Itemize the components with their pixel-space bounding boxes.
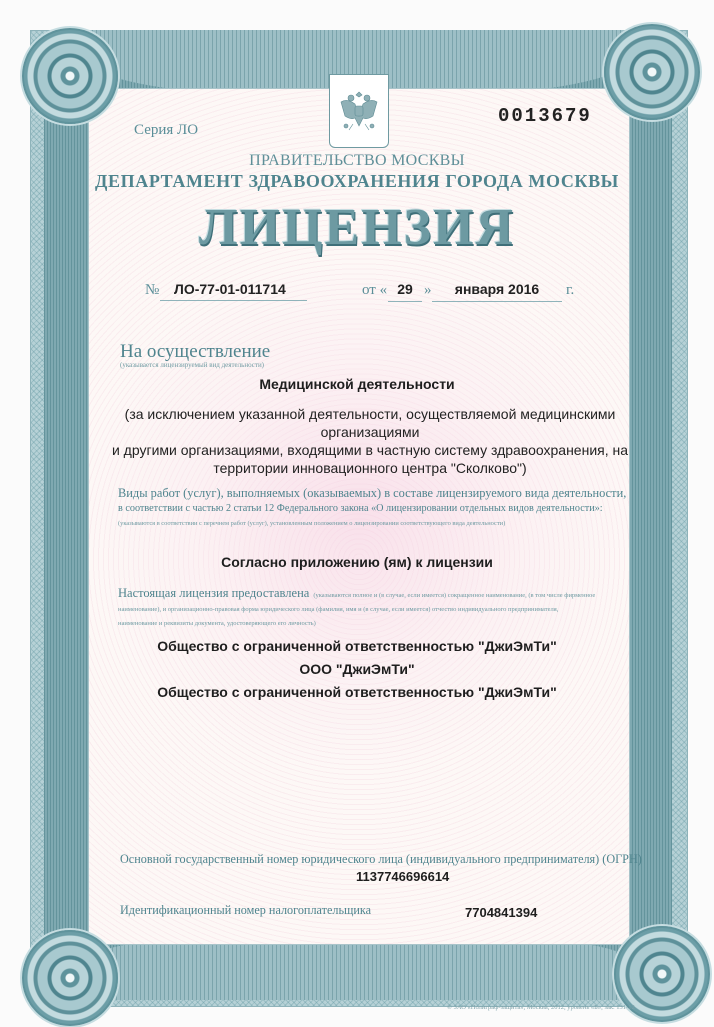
coat-of-arms-emblem xyxy=(329,74,389,148)
activity-name: Медицинской деятельности xyxy=(0,376,714,392)
licensee-hint-1: (указываются полное и (в случае, если им… xyxy=(313,592,595,599)
date-close-quote: » xyxy=(424,282,432,299)
licensee-brand-name: Общество с ограниченной ответственностью… xyxy=(0,684,714,700)
rosette-icon xyxy=(22,28,118,124)
year-suffix: г. xyxy=(566,282,574,299)
licensee-full-name: Общество с ограниченной ответственностью… xyxy=(0,638,714,654)
number-sign: № xyxy=(145,282,159,299)
exclusion-line: и другими организациями, входящими в час… xyxy=(110,441,630,459)
ogrn-label: Основной государственный номер юридическ… xyxy=(120,852,642,867)
document-title: ЛИЦЕНЗИЯ xyxy=(0,198,714,257)
license-number: ЛО-77-01-011714 xyxy=(160,281,307,301)
exclusion-line: (за исключением указанной деятельности, … xyxy=(110,405,630,441)
license-day: 29 xyxy=(388,281,422,302)
license-month-year: января 2016 xyxy=(432,281,562,302)
inn-label: Идентификационный номер налогоплательщик… xyxy=(120,903,371,918)
exclusion-line: территории инновационного центра "Сколко… xyxy=(110,459,630,477)
works-hint: (указываются в соответствии с перечнем р… xyxy=(118,520,505,527)
licensee-short-name: ООО "ДжиЭмТи" xyxy=(0,661,714,677)
rosette-icon xyxy=(604,24,700,120)
double-headed-eagle-icon xyxy=(337,86,381,136)
works-value: Согласно приложению (ям) к лицензии xyxy=(0,554,714,570)
licensee-hint-2: наименование), и организационно-правовая… xyxy=(118,603,630,617)
activity-hint: (указывается лицензируемый вид деятельно… xyxy=(120,361,264,369)
government-name: ПРАВИТЕЛЬСТВО МОСКВЫ xyxy=(0,152,714,170)
rosette-icon xyxy=(22,930,118,1026)
licensee-label-block: Настоящая лицензия предоставлена (указыв… xyxy=(118,586,630,631)
series-label: Серия ЛО xyxy=(134,122,198,139)
works-label-line1: Виды работ (услуг), выполняемых (оказыва… xyxy=(118,486,626,501)
department-name: ДЕПАРТАМЕНТ ЗДРАВООХРАНЕНИЯ ГОРОДА МОСКВ… xyxy=(0,171,714,192)
form-number: 0013679 xyxy=(498,105,592,127)
date-from-label: от « xyxy=(362,282,387,299)
licensee-hint-3: наименование и реквизиты документа, удос… xyxy=(118,617,630,631)
licensee-label: Настоящая лицензия предоставлена xyxy=(118,586,309,600)
works-label-line2: в соответствии с частью 2 статьи 12 Феде… xyxy=(118,503,603,514)
inn-value: 7704841394 xyxy=(465,905,537,920)
activity-exclusion: (за исключением указанной деятельности, … xyxy=(110,405,630,477)
activity-label: На осуществление xyxy=(120,341,270,363)
ogrn-value: 1137746696614 xyxy=(356,869,449,884)
printer-imprint: © ЗАО «Полиграф-защита», Москва, 2012, у… xyxy=(447,1004,635,1011)
